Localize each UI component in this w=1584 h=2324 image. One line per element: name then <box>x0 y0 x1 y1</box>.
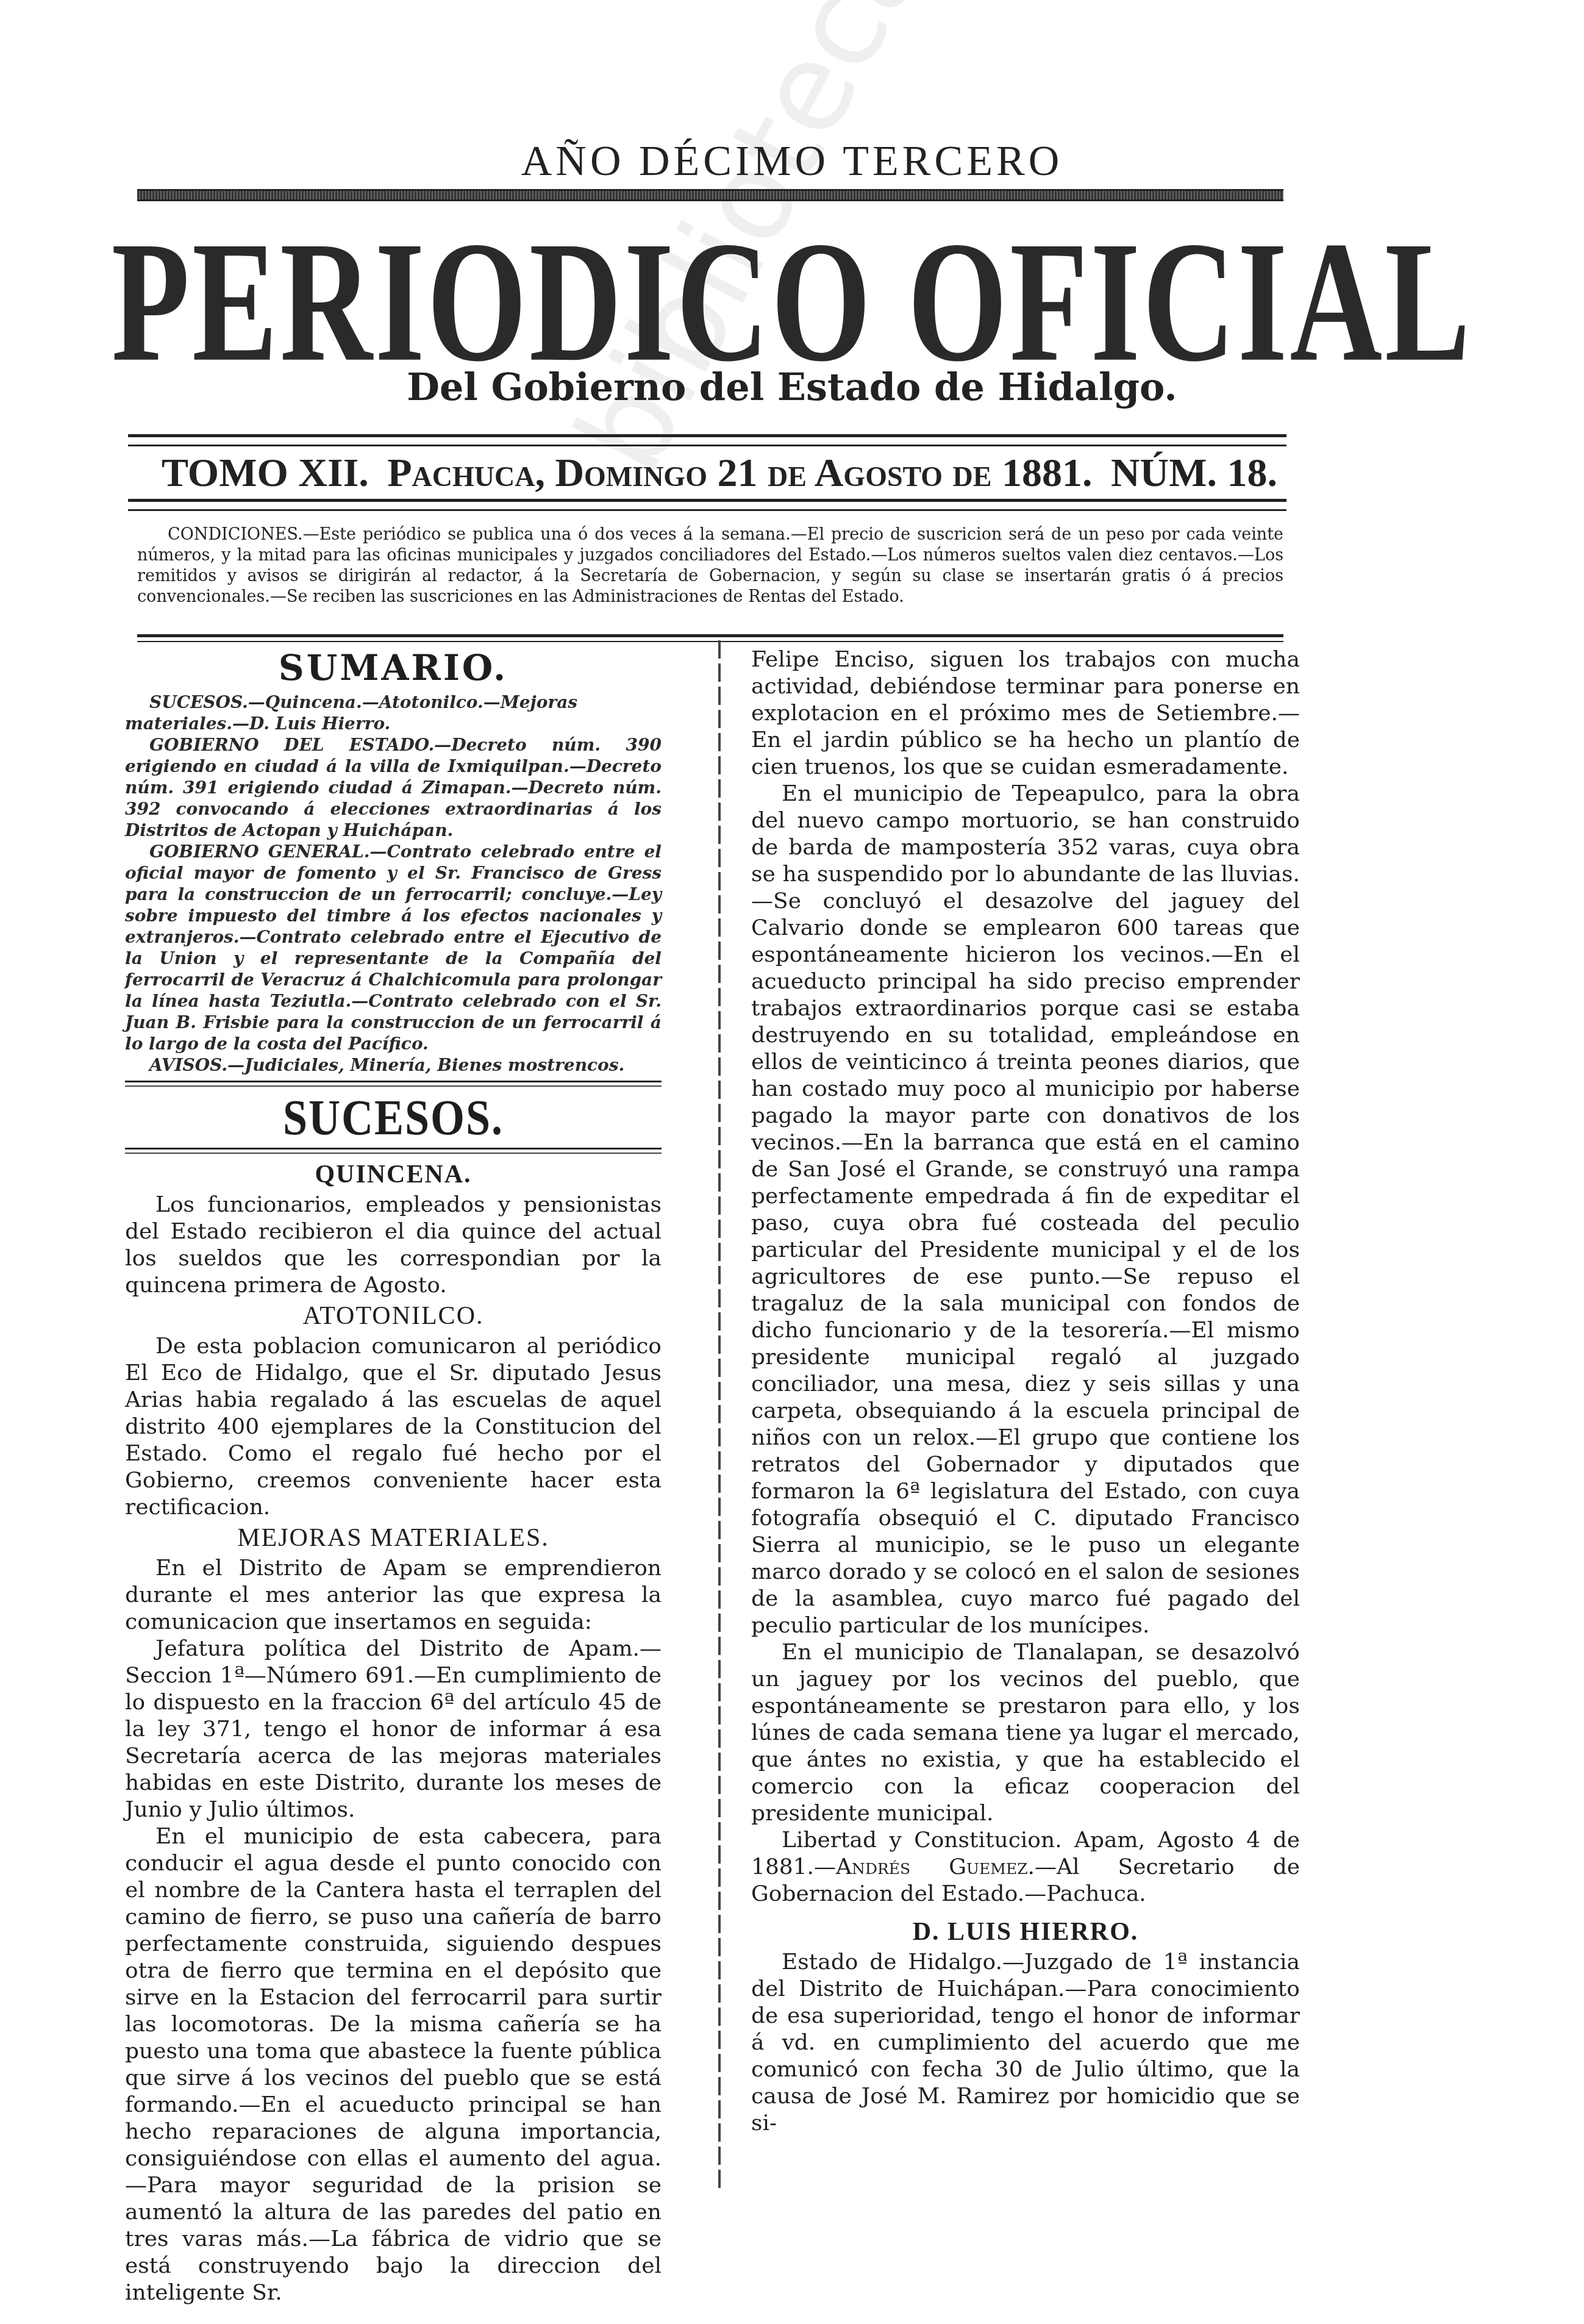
section-rule <box>125 1081 662 1087</box>
mejoras-heading: MEJORAS MATERIALES. <box>125 1522 662 1554</box>
mejoras-paragraph: En el municipio de esta cabecera, para c… <box>125 1823 662 2306</box>
quincena-heading: QUINCENA. <box>125 1159 662 1190</box>
newspaper-page: biblioteca digital AÑO DÉCIMO TERCERO PE… <box>0 0 1584 2324</box>
sumario-item: GOBIERNO DEL ESTADO.—Decreto núm. 390 er… <box>125 734 662 841</box>
luis-hierro-heading: D. LUIS HIERRO. <box>751 1916 1300 1948</box>
year-line: AÑO DÉCIMO TERCERO <box>0 137 1584 186</box>
issue-number: NÚM. 18. <box>1111 450 1277 496</box>
sumario-item: GOBIERNO GENERAL.—Contrato celebrado ent… <box>125 841 662 1054</box>
mejoras-continued: Felipe Enciso, siguen los trabajos con m… <box>751 646 1300 781</box>
sumario-item: SUCESOS.—Quincena.—Atotonilco.—Mejoras m… <box>125 692 662 734</box>
volume-label: TOMO XII. <box>162 450 369 496</box>
sumario-heading: SUMARIO. <box>125 646 662 689</box>
mejoras-paragraph: Jefatura política del Distrito de Apam.—… <box>125 1636 662 1823</box>
column-divider <box>718 640 721 2189</box>
masthead-rule-mid <box>128 434 1286 446</box>
masthead-rule-bottom <box>128 499 1286 511</box>
tepeapulco-paragraph: En el municipio de Tepeapulco, para la o… <box>751 781 1300 1639</box>
atotonilco-text: De esta poblacion comunicaron al periódi… <box>125 1333 662 1521</box>
newspaper-subtitle: Del Gobierno del Estado de Hidalgo. <box>0 365 1584 409</box>
tlanalapan-paragraph: En el municipio de Tlanalapan, se desazo… <box>751 1639 1300 1827</box>
dateline: TOMO XII. Pachuca, Domingo 21 de Agosto … <box>162 450 1277 499</box>
sumario-list: SUCESOS.—Quincena.—Atotonilco.—Mejoras m… <box>125 692 662 1076</box>
subscription-conditions: CONDICIONES.—Este periódico se publica u… <box>137 524 1283 607</box>
conditions-rule <box>137 634 1283 642</box>
signoff-name: Andrés Guemez. <box>836 1854 1035 1879</box>
atotonilco-heading: ATOTONILCO. <box>125 1300 662 1332</box>
luis-hierro-text: Estado de Hidalgo.—Juzgado de 1ª instanc… <box>751 1949 1300 2137</box>
quincena-text: Los funcionarios, empleados y pensionist… <box>125 1192 662 1299</box>
right-column: Felipe Enciso, siguen los trabajos con m… <box>751 646 1300 2137</box>
mejoras-paragraph: En el Distrito de Apam se emprendieron d… <box>125 1555 662 1636</box>
sumario-item: AVISOS.—Judiciales, Minería, Bienes most… <box>125 1054 662 1076</box>
place-date: Pachuca, Domingo 21 de Agosto de 1881. <box>387 450 1092 496</box>
section-rule <box>125 1148 662 1154</box>
left-column: SUMARIO. SUCESOS.—Quincena.—Atotonilco.—… <box>125 646 662 2306</box>
masthead-rule-top <box>137 189 1283 201</box>
sucesos-heading: SUCESOS. <box>125 1088 662 1147</box>
signoff: Libertad y Constitucion. Apam, Agosto 4 … <box>751 1827 1300 1907</box>
